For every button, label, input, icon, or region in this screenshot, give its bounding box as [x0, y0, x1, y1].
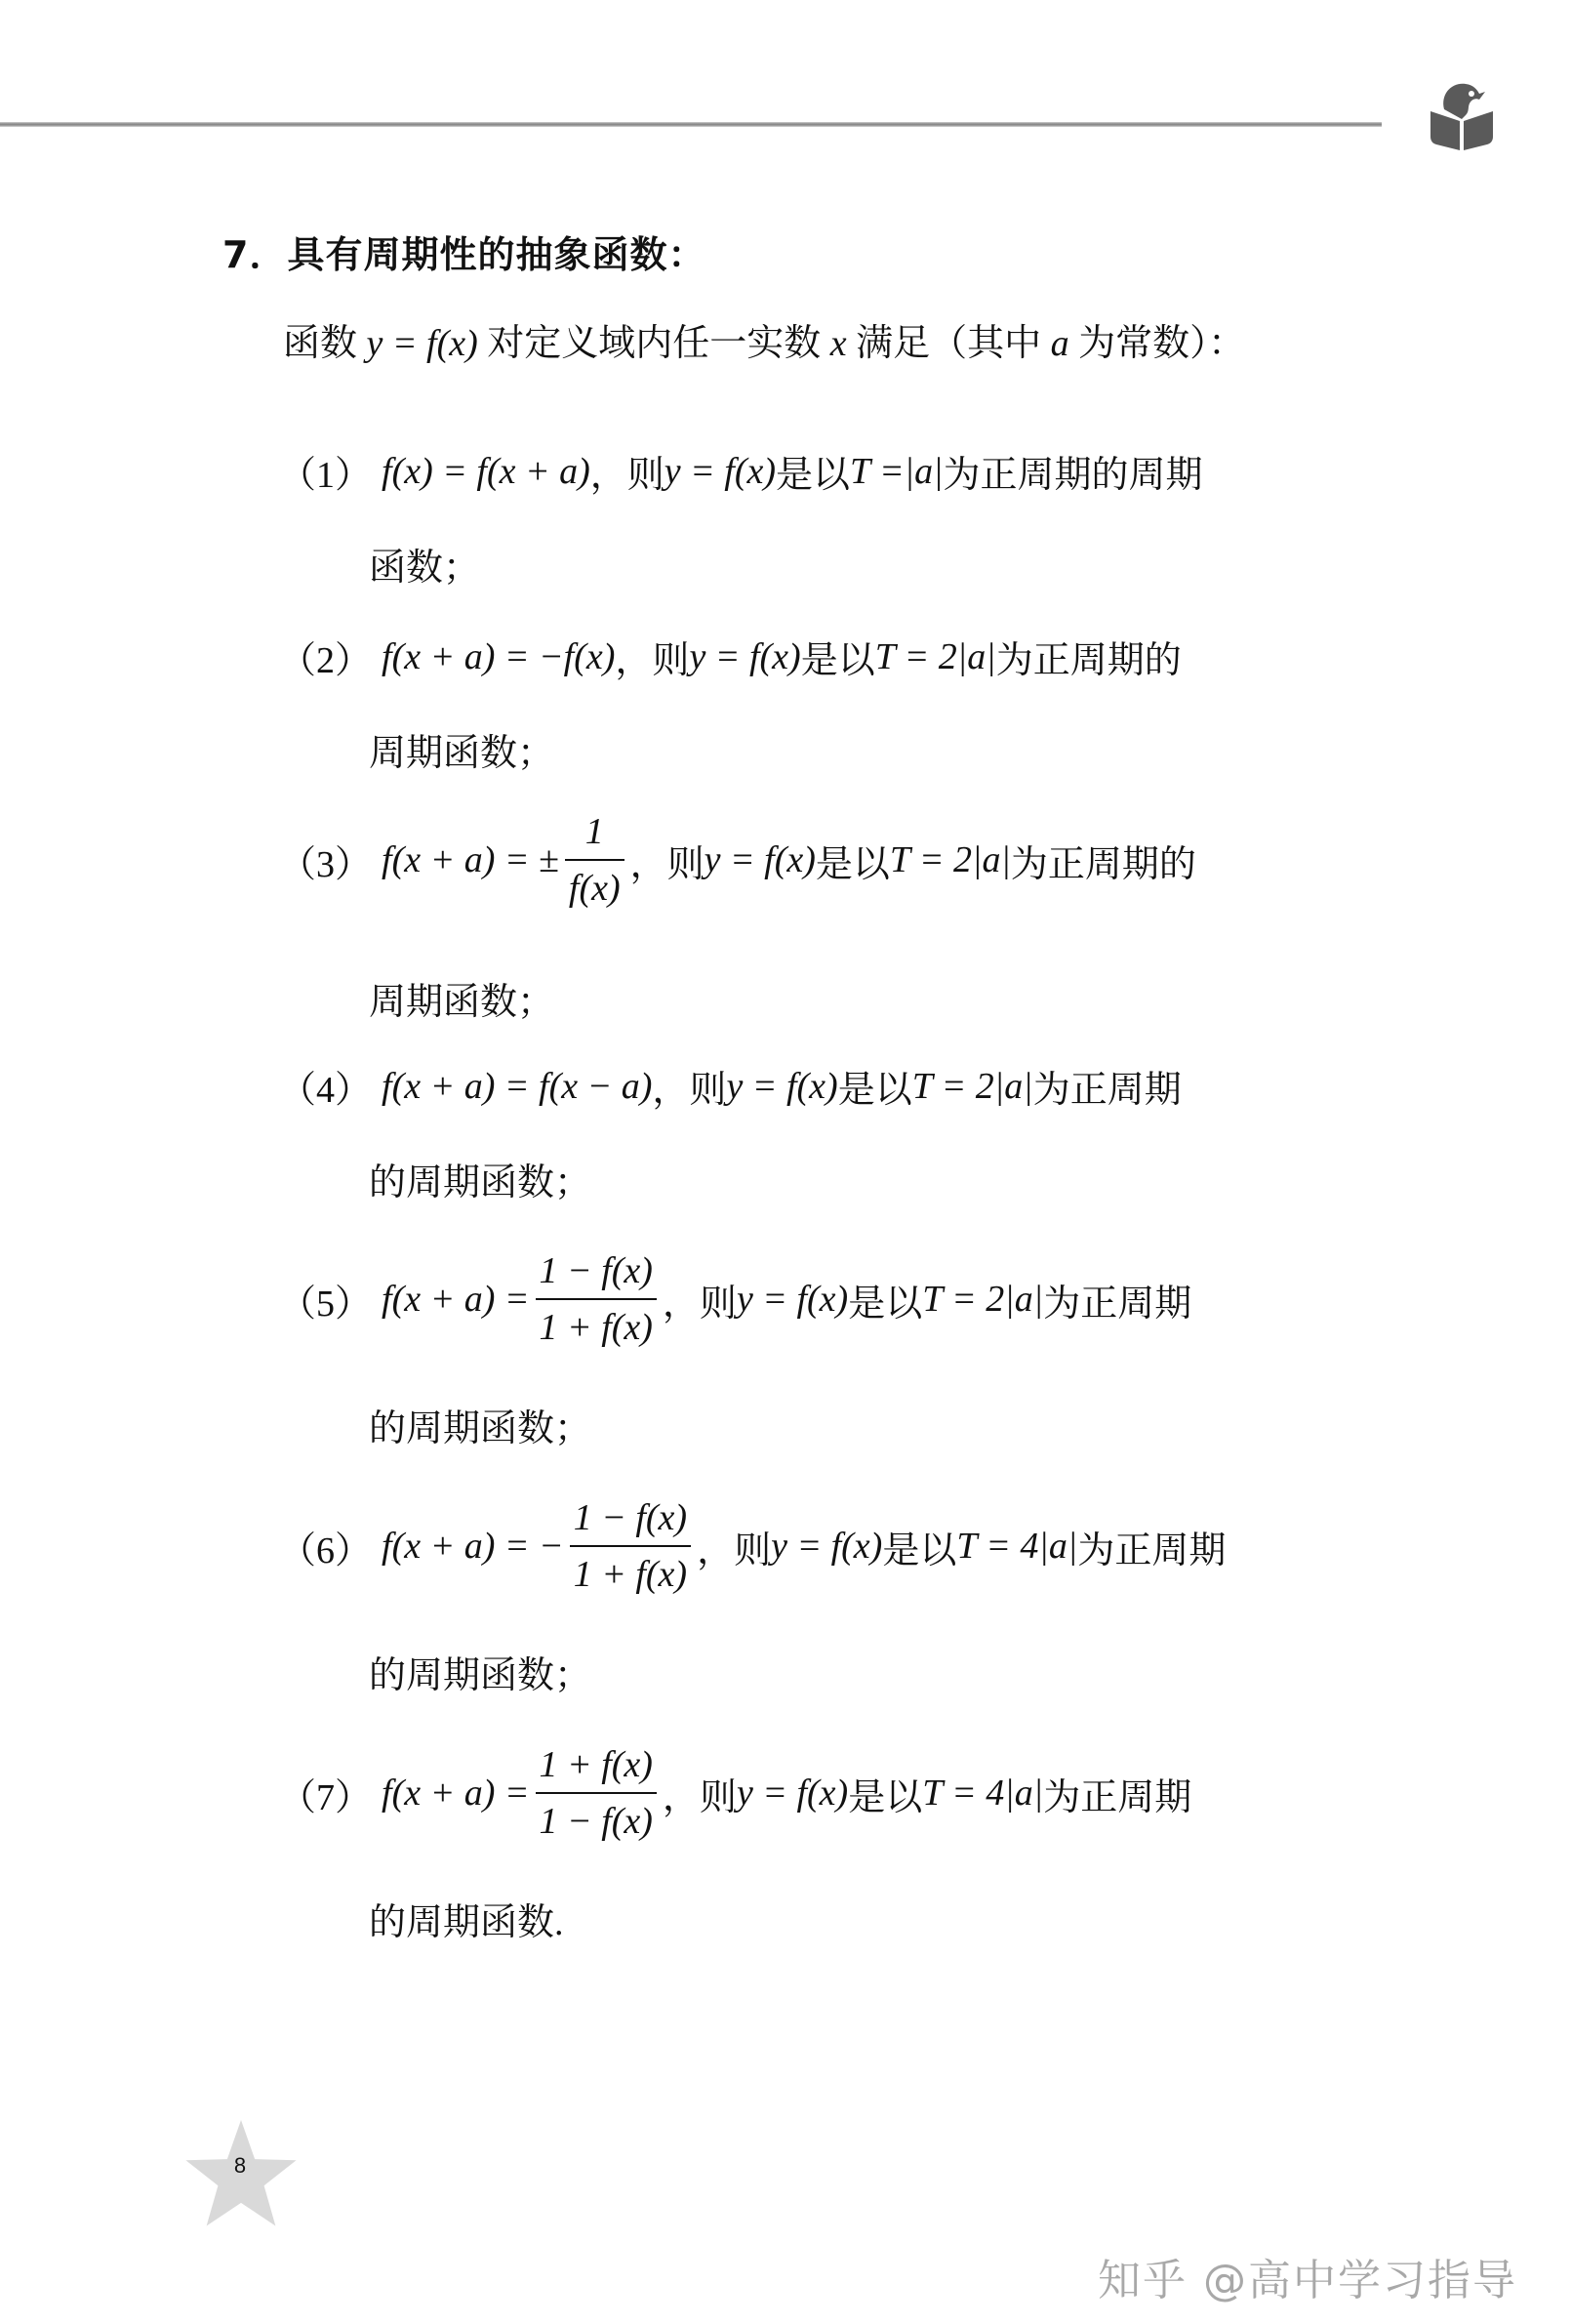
item-continuation-2: 周期函数；	[369, 722, 554, 776]
list-item-2: （2） f(x + a) = −f(x) ，则 y = f(x) 是以 T = …	[279, 630, 1182, 683]
item-is: 是以	[848, 1273, 922, 1326]
item-then: ，则	[615, 630, 689, 683]
intro-middle: 对定义域内任一实数	[487, 323, 821, 364]
item-rest: 为正周期	[1033, 1059, 1182, 1113]
item-is: 是以	[776, 444, 850, 498]
intro-suffix2: 为常数）：	[1078, 323, 1245, 364]
item-then: ，则	[663, 1767, 737, 1820]
item-function: y = f(x)	[689, 635, 800, 678]
list-item-3: （3） f(x + a) = ± 1 f(x) ，则 y = f(x) 是以 T…	[279, 810, 1196, 910]
item-period: T = 2|a|	[922, 1278, 1043, 1321]
fraction-numerator: 1	[582, 810, 608, 859]
item-then: ，则	[652, 1059, 726, 1113]
item-function: y = f(x)	[665, 450, 776, 493]
item-then: ，则	[663, 1273, 737, 1326]
item-rest: 为正周期的	[996, 630, 1182, 683]
header-rule	[0, 122, 1382, 127]
fraction-denominator: 1 + f(x)	[536, 1300, 657, 1349]
item-rest: 为正周期的周期	[944, 444, 1203, 498]
item-condition: f(x + a) = f(x − a)	[382, 1065, 652, 1108]
list-item-4: （4） f(x + a) = f(x − a) ，则 y = f(x) 是以 T…	[279, 1059, 1182, 1113]
item-then: ，则	[697, 1520, 771, 1573]
item-number: （4）	[279, 1059, 372, 1113]
item-condition: f(x + a) =	[382, 1772, 530, 1814]
item-is: 是以	[882, 1520, 956, 1573]
item-is: 是以	[801, 630, 875, 683]
intro-var-x: x	[830, 323, 847, 364]
item-number: （3）	[279, 834, 372, 887]
item-condition: f(x + a) = −	[382, 1525, 564, 1568]
fraction-denominator: 1 + f(x)	[570, 1547, 691, 1596]
item-number: （2）	[279, 630, 372, 683]
item-period: T =|a|	[850, 450, 943, 493]
fraction-numerator: 1 − f(x)	[536, 1249, 657, 1298]
page-number: 8	[221, 2153, 260, 2179]
intro-line: 函数 y = f(x) 对定义域内任一实数 x 满足（其中 a 为常数）：	[283, 312, 1245, 366]
fraction: 1 + f(x) 1 − f(x)	[536, 1743, 657, 1843]
item-function: y = f(x)	[771, 1525, 882, 1568]
item-condition: f(x) = f(x + a)	[382, 450, 590, 493]
fraction-denominator: f(x)	[565, 861, 624, 910]
intro-var-a: a	[1051, 323, 1069, 364]
list-item-6: （6） f(x + a) = − 1 − f(x) 1 + f(x) ，则 y …	[279, 1496, 1226, 1596]
watermark: 知乎 @高中学习指导	[1098, 2245, 1517, 2307]
item-condition: f(x + a) = ±	[382, 838, 559, 881]
item-number: （7）	[279, 1767, 372, 1820]
fraction: 1 f(x)	[565, 810, 624, 910]
intro-prefix: 函数	[283, 323, 357, 364]
item-function: y = f(x)	[737, 1772, 848, 1814]
item-then: ，则	[590, 444, 665, 498]
item-rest: 为正周期	[1077, 1520, 1226, 1573]
item-function: y = f(x)	[705, 838, 816, 881]
item-function: y = f(x)	[737, 1278, 848, 1321]
item-period: T = 2|a|	[875, 635, 996, 678]
item-condition: f(x + a) = −f(x)	[382, 635, 615, 678]
fraction-numerator: 1 + f(x)	[536, 1743, 657, 1792]
list-item-7: （7） f(x + a) = 1 + f(x) 1 − f(x) ，则 y = …	[279, 1743, 1191, 1843]
item-number: （1）	[279, 444, 372, 498]
item-is: 是以	[838, 1059, 912, 1113]
item-number: （5）	[279, 1273, 372, 1326]
item-rest: 为正周期	[1043, 1767, 1191, 1820]
fraction: 1 − f(x) 1 + f(x)	[536, 1249, 657, 1349]
item-continuation-5: 的周期函数；	[369, 1398, 591, 1451]
item-period: T = 2|a|	[890, 838, 1011, 881]
item-continuation-4: 的周期函数；	[369, 1152, 591, 1205]
item-is: 是以	[848, 1767, 922, 1820]
item-continuation-3: 周期函数；	[369, 971, 554, 1025]
fraction: 1 − f(x) 1 + f(x)	[570, 1496, 691, 1596]
item-period: T = 4|a|	[922, 1772, 1043, 1814]
item-continuation-6: 的周期函数；	[369, 1645, 591, 1698]
item-period: T = 2|a|	[912, 1065, 1033, 1108]
penguin-reading-book-icon	[1423, 76, 1501, 154]
fraction-denominator: 1 − f(x)	[536, 1794, 657, 1843]
list-item-1: （1） f(x) = f(x + a) ，则 y = f(x) 是以 T =|a…	[279, 444, 1203, 498]
intro-suffix1: 满足（其中	[856, 323, 1041, 364]
item-rest: 为正周期的	[1011, 834, 1196, 887]
item-continuation-1: 函数；	[369, 537, 480, 591]
fraction-numerator: 1 − f(x)	[570, 1496, 691, 1545]
item-then: ，则	[630, 834, 705, 887]
item-function: y = f(x)	[726, 1065, 837, 1108]
item-period: T = 4|a|	[956, 1525, 1077, 1568]
section-title: 7．具有周期性的抽象函数：	[222, 224, 705, 278]
intro-expression: y = f(x)	[367, 323, 478, 364]
list-item-5: （5） f(x + a) = 1 − f(x) 1 + f(x) ，则 y = …	[279, 1249, 1191, 1349]
item-is: 是以	[816, 834, 890, 887]
item-number: （6）	[279, 1520, 372, 1573]
item-rest: 为正周期	[1043, 1273, 1191, 1326]
item-condition: f(x + a) =	[382, 1278, 530, 1321]
item-continuation-7: 的周期函数.	[369, 1892, 564, 1945]
